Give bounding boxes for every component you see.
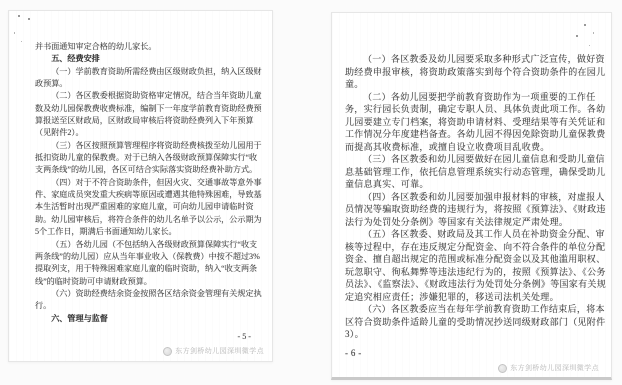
text-line: 本生活暂时出现严重困难的家庭儿童，可向幼儿园申请临时资 xyxy=(35,201,259,213)
text-line: （六）各区教委应当在每年学前教育资助工作结束后，将本 xyxy=(345,303,599,316)
text-line: 两条线”的幼儿园）应从当年事业收入（保教费）中按不超过3% xyxy=(35,251,259,263)
text-line: 务，实行园长负责制，确定专职人员、具体负责此项工作。各幼 xyxy=(345,103,599,116)
text-line: 助经费申报审核，将资助政策落实到每个符合资助条件的在园儿 xyxy=(345,66,599,79)
text-line: 工作情况分年度建档备查。各幼儿园不得因免除资助儿童保教费 xyxy=(345,128,599,141)
ink-speck xyxy=(593,32,594,34)
text-line: （五）各区教委、财政局及其工作人员在补助资金分配、审 xyxy=(345,228,599,241)
ink-speck xyxy=(28,18,30,20)
ink-speck xyxy=(14,32,15,34)
text-line: 五、经费安排 xyxy=(35,53,259,65)
account-logo-icon xyxy=(163,347,172,356)
text-line: （四）各区教委和幼儿园要加强申报材料的审核，对虚报人 xyxy=(345,191,599,204)
text-line: 支两条线”的幼儿园，各区可结合实际落实资助经费补助方式。 xyxy=(35,164,259,176)
text-line: （六）资助经费结余资金按照各区结余资金管理有关规定执 xyxy=(35,288,259,300)
text-line: （四）对于不符合资助条件，但因火灾、交通事故等意外事 xyxy=(35,177,259,189)
text-line: 六、管理与监督 xyxy=(35,313,259,325)
document-page-right: （一）各区教委及幼儿园要采取多种形式广泛宣传，做好资助经费申报审核，将资助政策落… xyxy=(331,12,612,380)
document-page-left: 并书面通知审定合格的幼儿家长。五、经费安排（一）学前教育资助所需经费由区级财政负… xyxy=(8,10,273,362)
text-line: 核等过程中，存在违反规定分配资金、向不符合条件的单位分配 xyxy=(345,241,599,254)
text-line: 5个工作日，期满后书面通知幼儿家长。 xyxy=(35,226,259,238)
text-line: 提取列支，用于特殊困难家庭儿童的临时资助，纳入“收支两条 xyxy=(35,263,259,275)
page-number-5: - 5 - xyxy=(35,331,259,343)
text-line: 息基础管理工作，依托信息管理系统实行动态管理，确保受助儿 xyxy=(345,166,599,179)
text-line: 玩忽职守、徇私舞弊等违法违纪行为的，按照《预算法》、《公务 xyxy=(345,266,599,279)
text-line: 童。 xyxy=(345,78,599,91)
text-line: 行。 xyxy=(35,300,259,312)
text-line: 件、家庭成员突发重大疾病等原因或遭遇其他特殊困难，导致基 xyxy=(35,189,259,201)
text-line: 数及幼儿园保教费收费标准，编制下一年度学前教育资助经费预 xyxy=(35,103,259,115)
right-page-lines: （一）各区教委及幼儿园要采取多种形式广泛宣传，做好资助经费申报审核，将资助政策落… xyxy=(345,53,599,341)
text-line: 3）。 xyxy=(345,328,599,341)
left-page-lines: 并书面通知审定合格的幼儿家长。五、经费安排（一）学前教育资助所需经费由区级财政负… xyxy=(35,41,259,325)
text-line: 区符合资助条件适龄儿童的受助情况抄送同级财政部门（见附件 xyxy=(345,316,599,329)
watermark: 东方剑桥幼儿园深圳微学点 xyxy=(163,346,264,356)
ink-speck xyxy=(21,41,22,42)
right-page-text-column: （一）各区教委及幼儿园要采取多种形式广泛宣传，做好资助经费申报审核，将资助政策落… xyxy=(345,53,599,359)
text-line: 算报送至区财政局，区财政局审核后将资助经费列入下年预算 xyxy=(35,115,259,127)
text-line: （二）各区教委根据资助资格审定情况，结合当年资助儿童 xyxy=(35,90,259,102)
ink-speck xyxy=(584,24,586,26)
text-line: （二）各幼儿园要把学前教育资助作为一项重要的工作任 xyxy=(345,91,599,104)
ink-speck xyxy=(18,15,20,17)
text-line: 定追究相应责任；涉嫌犯罪的，移送司法机关处理。 xyxy=(345,291,599,304)
text-line: 员情况等骗取资助经费的违规行为，将按照《预算法》、《财政违 xyxy=(345,203,599,216)
text-line: 童信息真实、可靠。 xyxy=(345,178,599,191)
watermark-label: 东方剑桥幼儿园深圳微学点 xyxy=(175,346,264,356)
watermark: 东方剑桥幼儿园深圳微学点 xyxy=(498,363,599,373)
watermark-label: 东方剑桥幼儿园深圳微学点 xyxy=(510,363,599,373)
scanned-document-view: 并书面通知审定合格的幼儿家长。五、经费安排（一）学前教育资助所需经费由区级财政负… xyxy=(0,0,622,385)
text-line: 员法》、《监察法》、《财政违法行为处罚处分条例》等国家有关规 xyxy=(345,278,599,291)
text-line: （见附件2）。 xyxy=(35,127,259,139)
text-line: 资金、擅自超出规定的范围或标准分配资金以及其他滥用职权、 xyxy=(345,253,599,266)
ink-speck xyxy=(576,35,578,37)
ink-speck xyxy=(589,45,590,46)
text-line: （一）学前教育资助所需经费由区级财政负担，纳入区级财 xyxy=(35,66,259,78)
text-line: （三）各区教委和幼儿园要做好在园儿童信息和受助儿童信 xyxy=(345,153,599,166)
text-line: 儿园要建立专门档案，将资助申请材料、受理结果等有关凭证和 xyxy=(345,116,599,129)
text-line: 抵扣资助儿童的保教费。对于已纳入各级财政预算保障实行“收 xyxy=(35,152,259,164)
page-number-6: - 6 - xyxy=(345,347,599,360)
text-line: 线”的临时资助可申请财政预算。 xyxy=(35,276,259,288)
text-line: 而提高其收费标准，或擅自设立收费项目乱收费。 xyxy=(345,141,599,154)
text-line: 法行为处罚处分条例》等国家有关法律规定严肃处理。 xyxy=(345,216,599,229)
text-line: （三）各区按照预算管理程序将资助经费核拨至幼儿园用于 xyxy=(35,140,259,152)
text-line: 助。幼儿园审核后，将符合条件的幼儿名单予以公示，公示期为 xyxy=(35,214,259,226)
text-line: 并书面通知审定合格的幼儿家长。 xyxy=(35,41,259,53)
account-logo-icon xyxy=(498,364,507,373)
text-line: 政预算。 xyxy=(35,78,259,90)
left-page-text-column: 并书面通知审定合格的幼儿家长。五、经费安排（一）学前教育资助所需经费由区级财政负… xyxy=(35,41,259,343)
text-line: （一）各区教委及幼儿园要采取多种形式广泛宣传，做好资 xyxy=(345,53,599,66)
text-line: （五）各幼儿园（不包括纳入各级财政预算保障实行“收支 xyxy=(35,239,259,251)
